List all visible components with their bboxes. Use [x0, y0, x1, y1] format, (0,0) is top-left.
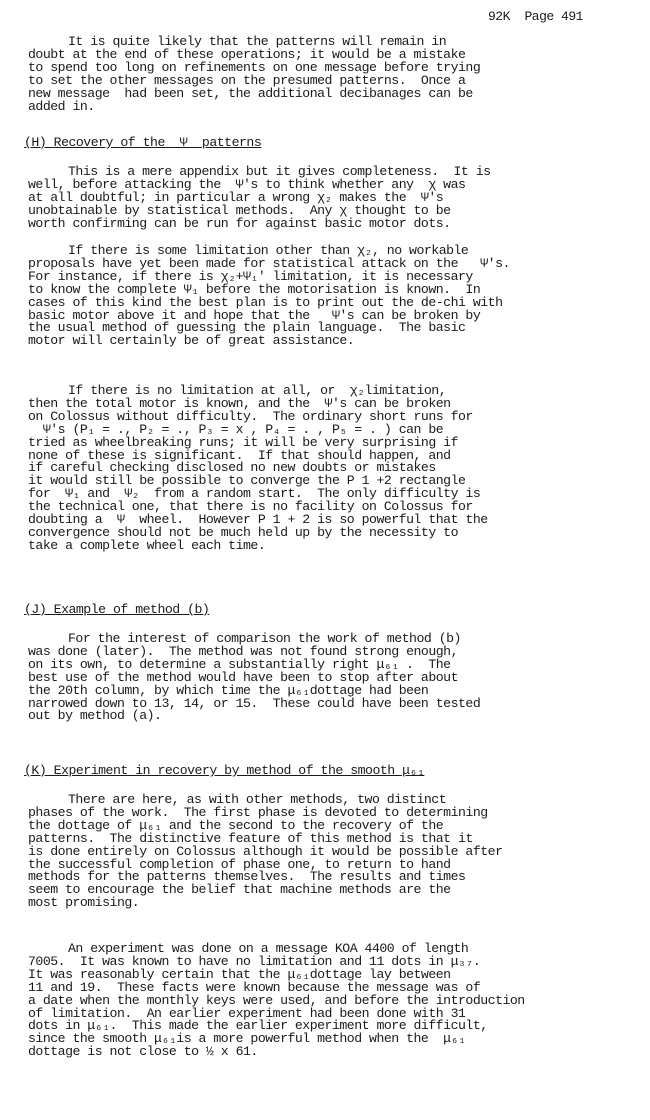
- text-line: well, before attacking the Ψ's to think …: [28, 178, 465, 191]
- text-line: to spend too long on refinements on one …: [28, 61, 480, 74]
- text-line: proposals have yet been made for statist…: [28, 257, 510, 270]
- text-line: was done (later). The method was not fou…: [28, 645, 458, 658]
- page-number: 92K Page 491: [488, 9, 583, 24]
- text-line: For instance, if there is χ₂+Ψ₁' limitat…: [28, 270, 473, 283]
- document-page: 92K Page 491 It is quite likely that the…: [0, 0, 650, 1120]
- text-line: a date when the monthly keys were used, …: [28, 994, 525, 1007]
- text-line: on Colossus without difficulty. The ordi…: [28, 410, 473, 423]
- text-line: unobtainable by statistical methods. Any…: [28, 204, 451, 217]
- section-heading: (K) Experiment in recovery by method of …: [24, 764, 424, 778]
- text-line: It was reasonably certain that the μ₆₁do…: [28, 968, 451, 981]
- text-line: worth confirming can be run for against …: [28, 217, 451, 230]
- text-line: to set the other messages on the presume…: [28, 74, 465, 87]
- section-heading: (H) Recovery of the Ψ patterns: [24, 136, 261, 150]
- text-line: out by method (a).: [28, 709, 161, 722]
- text-line: motor will certainly be of great assista…: [28, 334, 354, 347]
- text-line: tried as wheelbreaking runs; it will be …: [28, 436, 458, 449]
- text-line: is done entirely on Colossus although it…: [28, 845, 502, 858]
- text-line: the dottage of μ₆₁ and the second to the…: [28, 819, 443, 832]
- section-heading: (J) Example of method (b): [24, 603, 209, 617]
- text-line: then the total motor is known, and the Ψ…: [28, 397, 451, 410]
- text-line: 11 and 19. These facts were known becaus…: [28, 981, 480, 994]
- text-line: patterns. The distinctive feature of thi…: [28, 832, 473, 845]
- text-line: take a complete wheel each time.: [28, 539, 265, 552]
- text-line: at all doubtful; in particular a wrong χ…: [28, 191, 443, 204]
- text-line: to know the complete Ψ₁ before the motor…: [28, 283, 480, 296]
- text-line: the 20th column, by which time the μ₆₁do…: [28, 684, 428, 697]
- text-line: 7005. It was known to have no limitation…: [28, 955, 480, 968]
- text-line: most promising.: [28, 896, 139, 909]
- text-line: convergence should not be much held up b…: [28, 526, 458, 539]
- text-line: dottage is not close to ½ x 61.: [28, 1045, 258, 1058]
- text-line: doubt at the end of these operations; it…: [28, 48, 465, 61]
- text-line: new message had been set, the additional…: [28, 87, 473, 100]
- text-line: best use of the method would have been t…: [28, 671, 458, 684]
- text-line: phases of the work. The first phase is d…: [28, 806, 488, 819]
- text-line: on its own, to determine a substantially…: [28, 658, 451, 671]
- text-line: Ψ's (P₁ = ., P₂ = ., P₃ = x , P₄ = . , P…: [28, 423, 443, 436]
- text-line: cases of this kind the best plan is to p…: [28, 296, 502, 309]
- text-line: added in.: [28, 100, 95, 113]
